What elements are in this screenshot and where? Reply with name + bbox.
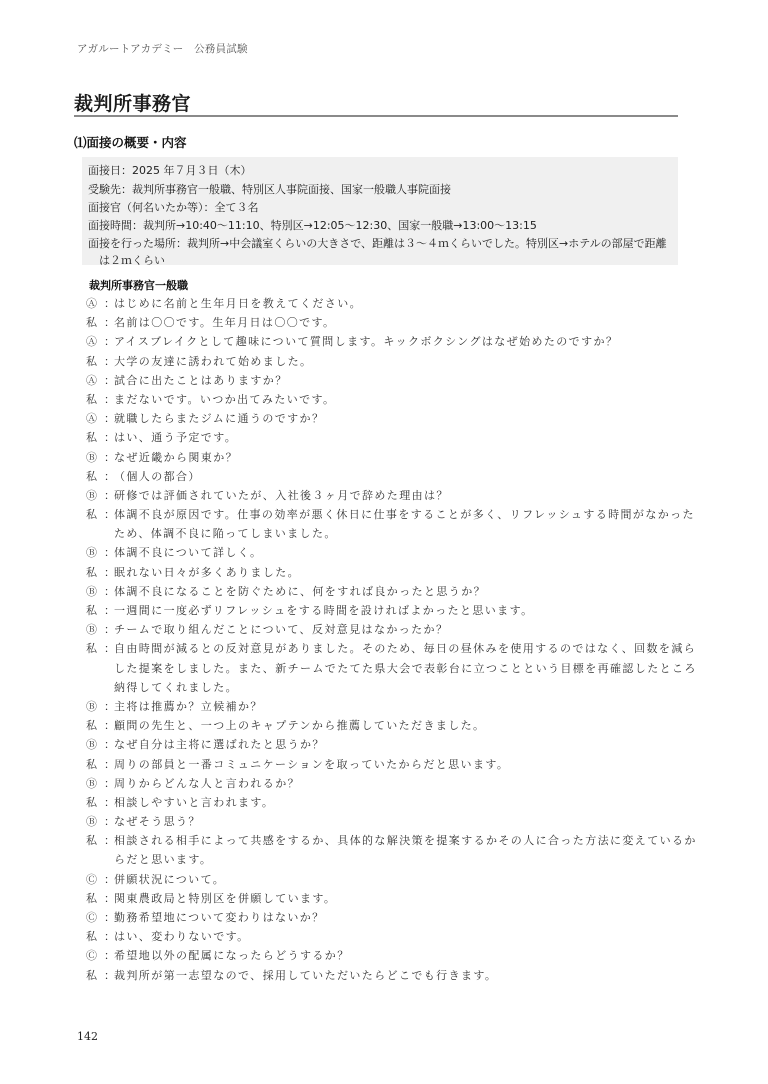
speaker-label: Ⓐ (86, 294, 104, 313)
utterance-text: 体調不良になることを防ぐために、何をすれば良かったと思うか？ (114, 582, 486, 601)
utterance-text: まだないです。いつか出てみたいです。 (114, 390, 335, 409)
utterance-text: 試合に出たことはありますか？ (114, 371, 288, 390)
utterance-text: 勤務希望地について変わりはないか？ (114, 908, 325, 927)
colon-separator: ： (104, 409, 114, 428)
dialogue-line: Ⓐ：就職したらまたジムに通うのですか？ (86, 409, 686, 428)
colon-separator: ： (104, 870, 114, 889)
dialogue-line: 私：相談される相手によって共感をするか、具体的な解決策を提案するかその人に合った… (86, 831, 686, 850)
utterance-text: 周りからどんな人と言われるか？ (114, 774, 300, 793)
dialogue-line: Ⓑ：体調不良になることを防ぐために、何をすれば良かったと思うか？ (86, 582, 686, 601)
utterance-text: 併願状況について。 (114, 870, 225, 889)
dialogue-line: Ⓑ：なぜそう思う？ (86, 812, 686, 831)
utterance-text: なぜ自分は主将に選ばれたと思うか？ (114, 735, 325, 754)
dialogue-line: Ⓒ：勤務希望地について変わりはないか？ (86, 908, 686, 927)
utterance-text: 眠れない日々が多くありました。 (114, 563, 300, 582)
dialogue-line-continued: ため、体調不良に陥ってしまいました。 (86, 524, 686, 543)
speaker-label: Ⓑ (86, 735, 104, 754)
utterance-text: （個人の都合） (114, 467, 201, 486)
colon-separator: ： (104, 543, 114, 562)
speaker-label: Ⓑ (86, 486, 104, 505)
running-header: アガルートアカデミー 公務員試験 (77, 41, 248, 56)
speaker-label: 私 (86, 601, 104, 620)
dialogue-line: Ⓑ：チームで取り組んだことについて、反対意見はなかったか？ (86, 620, 686, 639)
colon-separator: ： (104, 505, 114, 524)
colon-separator: ： (104, 735, 114, 754)
dialogue-line: Ⓑ：周りからどんな人と言われるか？ (86, 774, 686, 793)
speaker-label: 私 (86, 755, 104, 774)
utterance-text: 顧問の先生と、一つ上のキャプテンから推薦していただきました。 (114, 716, 485, 735)
utterance-text: はじめに名前と生年月日を教えてください。 (114, 294, 362, 313)
utterance-text: 大学の友達に誘われて始めました。 (114, 352, 312, 371)
dialogue-line: Ⓒ：希望地以外の配属になったらどうするか？ (86, 946, 686, 965)
info-applied-to: 受験先：裁判所事務官一般職、特別区人事院面接、国家一般職人事院面接 (88, 181, 451, 197)
colon-separator: ： (104, 755, 114, 774)
interview-dialogue: Ⓐ：はじめに名前と生年月日を教えてください。私：名前は〇〇です。生年月日は〇〇で… (86, 294, 686, 985)
speaker-label: Ⓑ (86, 448, 104, 467)
speaker-label: Ⓐ (86, 409, 104, 428)
dialogue-line: 私：一週間に一度必ずリフレッシュをする時間を設ければよかったと思います。 (86, 601, 686, 620)
dialogue-line: 私：はい、変わりないです。 (86, 927, 686, 946)
dialogue-line: 私：大学の友達に誘われて始めました。 (86, 352, 686, 371)
utterance-text: アイスブレイクとして趣味について質問します。キックボクシングはなぜ始めたのですか… (114, 332, 618, 351)
speaker-label: 私 (86, 889, 104, 908)
title-divider (74, 115, 678, 117)
utterance-text: チームで取り組んだことについて、反対意見はなかったか？ (114, 620, 448, 639)
dialogue-line: Ⓒ：併願状況について。 (86, 870, 686, 889)
utterance-text: 名前は〇〇です。生年月日は〇〇です。 (114, 313, 335, 332)
utterance-text: なぜそう思う？ (114, 812, 201, 831)
utterance-text: ため、体調不良に陥ってしまいました。 (114, 524, 337, 543)
info-place-continued: は２ｍくらい (88, 252, 165, 268)
colon-separator: ： (104, 313, 114, 332)
utterance-text: 裁判所が第一志望なので、採用していただいたらどこでも行きます。 (114, 966, 497, 985)
dialogue-line: Ⓐ：試合に出たことはありますか？ (86, 371, 686, 390)
colon-separator: ： (104, 563, 114, 582)
utterance-text: 納得してくれました。 (114, 678, 238, 697)
speaker-label: 私 (86, 428, 104, 447)
colon-separator: ： (104, 390, 114, 409)
dialogue-line-continued: 納得してくれました。 (86, 678, 686, 697)
dialogue-line-continued: した提案をしました。また、新チームでたてた県大会で表彰台に立つことという目標を再… (86, 659, 686, 678)
colon-separator: ： (104, 716, 114, 735)
dialogue-line: Ⓑ：なぜ自分は主将に選ばれたと思うか？ (86, 735, 686, 754)
utterance-text: 周りの部員と一番コミュニケーションを取っていたからだと思います。 (114, 755, 509, 774)
colon-separator: ： (104, 927, 114, 946)
colon-separator: ： (104, 371, 114, 390)
speaker-label: 私 (86, 927, 104, 946)
speaker-label: 私 (86, 390, 104, 409)
utterance-text: 体調不良が原因です。仕事の効率が悪く休日に仕事をすることが多く、リフレッシュする… (114, 505, 695, 524)
colon-separator: ： (104, 294, 114, 313)
speaker-label: 私 (86, 467, 104, 486)
dialogue-line: 私：関東農政局と特別区を併願しています。 (86, 889, 686, 908)
dialogue-line: 私：眠れない日々が多くありました。 (86, 563, 686, 582)
info-place: 面接を行った場所：裁判所→中会議室くらいの大きさで、距離は３～４ｍくらいでした。… (88, 235, 667, 251)
speaker-label: Ⓑ (86, 774, 104, 793)
speaker-label: Ⓑ (86, 620, 104, 639)
colon-separator: ： (104, 448, 114, 467)
sub-heading: 裁判所事務官一般職 (89, 277, 188, 293)
dialogue-line: Ⓑ：なぜ近畿から関東か？ (86, 448, 686, 467)
colon-separator: ： (104, 697, 114, 716)
colon-separator: ： (104, 966, 114, 985)
colon-separator: ： (104, 582, 114, 601)
dialogue-line: 私：周りの部員と一番コミュニケーションを取っていたからだと思います。 (86, 755, 686, 774)
speaker-label: 私 (86, 966, 104, 985)
speaker-label: 私 (86, 793, 104, 812)
info-date: 面接日：2025 年７月３日（木） (88, 162, 252, 178)
dialogue-line: 私：自由時間が減るとの反対意見がありました。そのため、毎日の昼休みを使用するので… (86, 639, 686, 658)
speaker-label: Ⓒ (86, 908, 104, 927)
colon-separator: ： (104, 620, 114, 639)
colon-separator: ： (104, 793, 114, 812)
speaker-label: Ⓒ (86, 870, 104, 889)
colon-separator: ： (104, 889, 114, 908)
dialogue-line: Ⓑ：主将は推薦か？立候補か？ (86, 697, 686, 716)
colon-separator: ： (104, 352, 114, 371)
speaker-label: 私 (86, 563, 104, 582)
dialogue-line: Ⓐ：アイスブレイクとして趣味について質問します。キックボクシングはなぜ始めたので… (86, 332, 686, 351)
utterance-text: 相談される相手によって共感をするか、具体的な解決策を提案するかその人に合った方法… (114, 831, 697, 850)
speaker-label: 私 (86, 639, 104, 658)
utterance-text: 体調不良について詳しく。 (114, 543, 262, 562)
utterance-text: 関東農政局と特別区を併願しています。 (114, 889, 336, 908)
colon-separator: ： (104, 812, 114, 831)
speaker-label: Ⓐ (86, 371, 104, 390)
utterance-text: 就職したらまたジムに通うのですか？ (114, 409, 324, 428)
colon-separator: ： (104, 601, 114, 620)
dialogue-line-continued: らだと思います。 (86, 850, 686, 869)
colon-separator: ： (104, 467, 114, 486)
colon-separator: ： (104, 639, 114, 658)
dialogue-line: 私：相談しやすいと言われます。 (86, 793, 686, 812)
page-number: 142 (77, 1030, 98, 1043)
dialogue-line: 私：まだないです。いつか出てみたいです。 (86, 390, 686, 409)
dialogue-line: 私：（個人の都合） (86, 467, 686, 486)
speaker-label: Ⓑ (86, 543, 104, 562)
colon-separator: ： (104, 428, 114, 447)
dialogue-line: Ⓐ：はじめに名前と生年月日を教えてください。 (86, 294, 686, 313)
utterance-text: 一週間に一度必ずリフレッシュをする時間を設ければよかったと思います。 (114, 601, 534, 620)
colon-separator: ： (104, 332, 114, 351)
info-interviewers: 面接官（何名いたか等）：全て３名 (88, 199, 259, 215)
speaker-label: Ⓑ (86, 812, 104, 831)
dialogue-line: 私：体調不良が原因です。仕事の効率が悪く休日に仕事をすることが多く、リフレッシュ… (86, 505, 686, 524)
utterance-text: はい、通う予定です。 (114, 428, 237, 447)
utterance-text: 希望地以外の配属になったらどうするか？ (114, 946, 350, 965)
speaker-label: Ⓑ (86, 582, 104, 601)
utterance-text: らだと思います。 (114, 850, 212, 869)
dialogue-line: 私：はい、通う予定です。 (86, 428, 686, 447)
utterance-text: 主将は推薦か？立候補か？ (114, 697, 263, 716)
colon-separator: ： (104, 946, 114, 965)
section-heading: ⑴面接の概要・内容 (74, 133, 187, 151)
colon-separator: ： (104, 831, 114, 850)
dialogue-line: 私：裁判所が第一志望なので、採用していただいたらどこでも行きます。 (86, 966, 686, 985)
utterance-text: した提案をしました。また、新チームでたてた県大会で表彰台に立つことという目標を再… (114, 659, 697, 678)
speaker-label: 私 (86, 716, 104, 735)
utterance-text: はい、変わりないです。 (114, 927, 250, 946)
utterance-text: 自由時間が減るとの反対意見がありました。そのため、毎日の昼休みを使用するのではな… (114, 639, 696, 658)
utterance-text: 研修では評価されていたが、入社後３ヶ月で辞めた理由は？ (114, 486, 449, 505)
speaker-label: Ⓑ (86, 697, 104, 716)
dialogue-line: 私：名前は〇〇です。生年月日は〇〇です。 (86, 313, 686, 332)
speaker-label: Ⓐ (86, 332, 104, 351)
speaker-label: 私 (86, 505, 104, 524)
speaker-label: 私 (86, 831, 104, 850)
speaker-label: 私 (86, 313, 104, 332)
page-title: 裁判所事務官 (74, 89, 191, 116)
colon-separator: ： (104, 908, 114, 927)
colon-separator: ： (104, 486, 114, 505)
speaker-label: Ⓒ (86, 946, 104, 965)
utterance-text: なぜ近畿から関東か？ (114, 448, 238, 467)
speaker-label: 私 (86, 352, 104, 371)
dialogue-line: Ⓑ：研修では評価されていたが、入社後３ヶ月で辞めた理由は？ (86, 486, 686, 505)
dialogue-line: 私：顧問の先生と、一つ上のキャプテンから推薦していただきました。 (86, 716, 686, 735)
utterance-text: 相談しやすいと言われます。 (114, 793, 274, 812)
dialogue-line: Ⓑ：体調不良について詳しく。 (86, 543, 686, 562)
colon-separator: ： (104, 774, 114, 793)
info-time: 面接時間：裁判所→10:40～11:10、特別区→12:05～12:30、国家一… (88, 217, 537, 233)
